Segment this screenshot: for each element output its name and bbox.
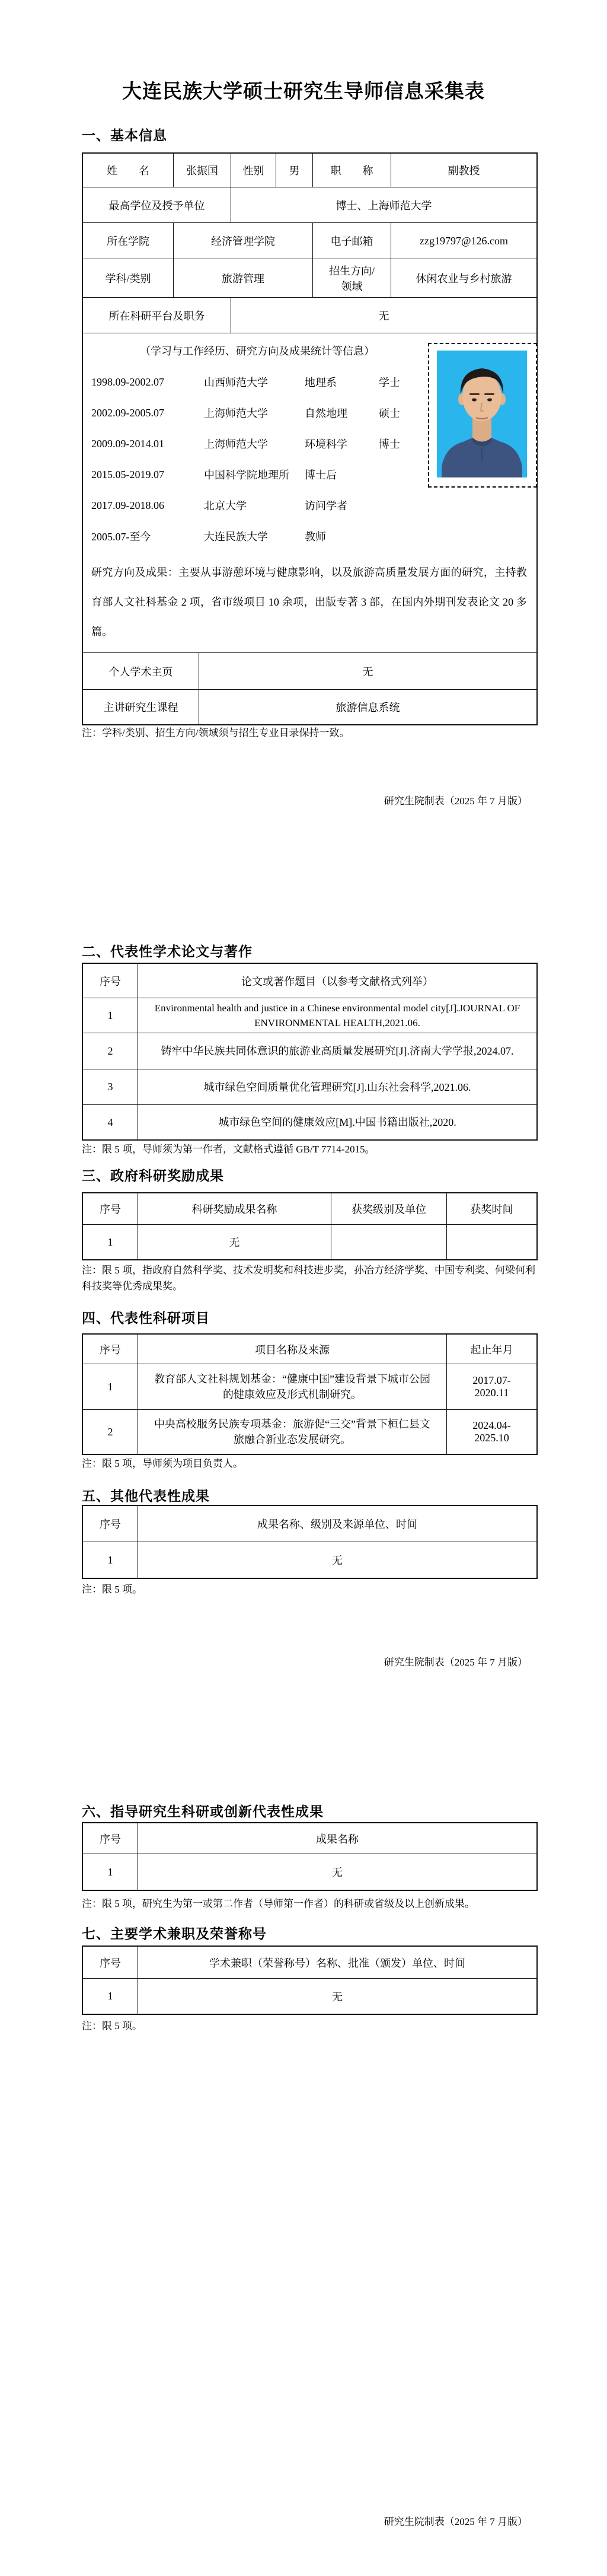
column-header-index: 序号 <box>83 1335 138 1364</box>
publication-title: 城市绿色空间的健康效应[M].中国书籍出版社,2020. <box>138 1105 536 1139</box>
row-index: 1 <box>83 1225 138 1259</box>
row-index: 1 <box>83 1979 138 2014</box>
resume-org: 中国科学院地理所 <box>204 467 305 482</box>
resume-field: 环境科学 <box>305 436 379 451</box>
column-header-index: 序号 <box>83 1823 138 1854</box>
table-row: 4 城市绿色空间的健康效应[M].中国书籍出版社,2020. <box>83 1104 536 1139</box>
resume-org: 大连民族大学 <box>204 528 305 544</box>
table-row: 个人学术主页 无 <box>83 652 536 689</box>
field-value-name: 张振国 <box>173 154 231 187</box>
column-header-name: 成果名称 <box>138 1823 536 1854</box>
column-header-index: 序号 <box>83 1947 138 1978</box>
field-value-course: 旅游信息系统 <box>199 690 536 724</box>
column-header-index: 序号 <box>83 964 138 998</box>
field-value-discipline: 旅游管理 <box>173 259 312 297</box>
row-index: 3 <box>83 1069 138 1104</box>
table-row: 姓 名 张振国 性别 男 职 称 副教授 <box>83 154 536 187</box>
field-label: 所在学院 <box>83 223 173 259</box>
table-row: 1 无 <box>83 1854 536 1890</box>
photo-frame <box>428 343 537 488</box>
field-value-homepage: 无 <box>199 653 536 689</box>
section-heading-basic-info: 一、基本信息 <box>82 125 535 144</box>
section-heading-awards: 三、政府科研奖励成果 <box>82 1165 535 1184</box>
table-row: 所在科研平台及职务 无 <box>83 297 536 333</box>
field-value-gender: 男 <box>276 154 312 187</box>
award-name: 无 <box>138 1225 331 1259</box>
row-index: 4 <box>83 1105 138 1139</box>
table-row: 2 铸牢中华民族共同体意识的旅游业高质量发展研究[J].济南大学学报,2024.… <box>83 1033 536 1069</box>
page-footer: 研究生院制表（2025 年 7 月版） <box>82 2513 528 2528</box>
field-label: 招生方向/ 领域 <box>312 259 391 297</box>
project-period: 2017.07- 2020.11 <box>446 1364 536 1409</box>
award-level <box>331 1225 446 1259</box>
publication-title: 铸牢中华民族共同体意识的旅游业高质量发展研究[J].济南大学学报,2024.07… <box>138 1033 536 1069</box>
note-projects: 注：限 5 项，导师须为项目负责人。 <box>82 1456 539 1472</box>
field-value-email: zzg19797@126.com <box>391 223 536 259</box>
field-label: 学科/类别 <box>83 259 173 297</box>
resume-org: 上海师范大学 <box>204 405 305 421</box>
publications-table: 序号 论文或著作题目（以参考文献格式列举） 1 Environmental he… <box>82 963 538 1141</box>
column-header-name: 项目名称及来源 <box>138 1335 446 1364</box>
page-footer: 研究生院制表（2025 年 7 月版） <box>82 1654 528 1668</box>
section-heading-projects: 四、代表性科研项目 <box>82 1307 535 1327</box>
table-row: 所在学院 经济管理学院 电子邮箱 zzg19797@126.com <box>83 222 536 259</box>
column-header-title: 论文或著作题目（以参考文献格式列举） <box>138 964 536 998</box>
column-header-name: 成果名称、级别及来源单位、时间 <box>138 1506 536 1542</box>
awards-table: 序号 科研奖励成果名称 获奖级别及单位 获奖时间 1 无 <box>82 1192 538 1260</box>
resume-period: 1998.09-2002.07 <box>91 376 204 389</box>
field-label: 姓 名 <box>83 154 173 187</box>
portrait-illustration <box>437 351 527 477</box>
note-student-achievements: 注：限 5 项，研究生为第一或第二作者（导师第一作者）的科研或省级及以上创新成果… <box>82 1896 539 1912</box>
document-page: 大连民族大学硕士研究生导师信息采集表 一、基本信息 姓 名 张振国 性别 男 职… <box>0 0 607 2576</box>
projects-table: 序号 项目名称及来源 起止年月 1 教育部人文社科规划基金：“健康中国”建设背景… <box>82 1333 538 1455</box>
field-label: 最高学位及授予单位 <box>83 187 231 222</box>
table-row: 3 城市绿色空间质量优化管理研究[J].山东社会科学,2021.06. <box>83 1069 536 1104</box>
field-value-degree: 博士、上海师范大学 <box>231 187 536 222</box>
table-row: 主讲研究生课程 旅游信息系统 <box>83 689 536 724</box>
table-header-row: 序号 论文或著作题目（以参考文献格式列举） <box>83 964 536 998</box>
row-index: 1 <box>83 998 138 1033</box>
resume-entry: 2005.07-至今 大连民族大学 教师 <box>83 521 536 552</box>
publication-title: 城市绿色空间质量优化管理研究[J].山东社会科学,2021.06. <box>138 1069 536 1104</box>
honors-table: 序号 学术兼职（荣誉称号）名称、批准（颁发）单位、时间 1 无 <box>82 1945 538 2015</box>
award-time <box>446 1225 536 1259</box>
document-title: 大连民族大学硕士研究生导师信息采集表 <box>77 76 530 104</box>
resume-period: 2009.09-2014.01 <box>91 438 204 450</box>
table-row: 学科/类别 旅游管理 招生方向/ 领域 休闲农业与乡村旅游 <box>83 259 536 297</box>
table-row: 1 无 <box>83 1224 536 1259</box>
honor-name: 无 <box>138 1979 536 2014</box>
field-label: 主讲研究生课程 <box>83 690 199 724</box>
field-label: 所在科研平台及职务 <box>83 298 231 333</box>
field-value-direction: 休闲农业与乡村旅游 <box>391 259 536 297</box>
student-achievements-table: 序号 成果名称 1 无 <box>82 1822 538 1891</box>
section-heading-publications: 二、代表性学术论文与著作 <box>82 941 535 960</box>
field-value-title: 副教授 <box>391 154 536 187</box>
resume-field: 自然地理 <box>305 405 379 421</box>
resume-period: 2005.07-至今 <box>91 528 204 544</box>
table-row: 最高学位及授予单位 博士、上海师范大学 <box>83 187 536 222</box>
section-heading-other-achievements: 五、其他代表性成果 <box>82 1485 535 1505</box>
basic-info-table: 姓 名 张振国 性别 男 职 称 副教授 最高学位及授予单位 博士、上海师范大学… <box>82 152 538 725</box>
section-heading-student-achievements: 六、指导研究生科研或创新代表性成果 <box>82 1801 535 1820</box>
field-value-college: 经济管理学院 <box>173 223 312 259</box>
note-publications: 注：限 5 项，导师须为第一作者，文献格式遵循 GB/T 7714-2015。 <box>82 1141 539 1157</box>
table-row: 1 教育部人文社科规划基金：“健康中国”建设背景下城市公园的健康效应及形式机制研… <box>83 1364 536 1409</box>
project-period: 2024.04- 2025.10 <box>446 1410 536 1454</box>
project-name: 教育部人文社科规划基金：“健康中国”建设背景下城市公园的健康效应及形式机制研究。 <box>138 1364 446 1409</box>
field-label: 电子邮箱 <box>312 223 391 259</box>
field-label: 性别 <box>231 154 276 187</box>
table-header-row: 序号 学术兼职（荣誉称号）名称、批准（颁发）单位、时间 <box>83 1947 536 1978</box>
resume-field: 访问学者 <box>305 498 379 513</box>
publication-title: Environmental health and justice in a Ch… <box>138 998 536 1033</box>
other-achievements-table: 序号 成果名称、级别及来源单位、时间 1 无 <box>82 1505 538 1579</box>
resume-period: 2002.09-2005.07 <box>91 407 204 419</box>
row-index: 1 <box>83 1854 138 1890</box>
table-row: 1 无 <box>83 1978 536 2014</box>
resume-period: 2015.05-2019.07 <box>91 469 204 481</box>
field-label: 个人学术主页 <box>83 653 199 689</box>
note-basic-info: 注：学科/类别、招生方向/领域须与招生专业目录保持一致。 <box>82 725 539 741</box>
resume-org: 上海师范大学 <box>204 436 305 451</box>
column-header-index: 序号 <box>83 1193 138 1224</box>
resume-period: 2017.09-2018.06 <box>91 499 204 512</box>
table-header-row: 序号 项目名称及来源 起止年月 <box>83 1335 536 1364</box>
note-other-achievements: 注：限 5 项。 <box>82 1581 539 1597</box>
row-index: 1 <box>83 1542 138 1578</box>
resume-org: 北京大学 <box>204 498 305 513</box>
field-value-platform: 无 <box>231 298 536 333</box>
research-summary: 研究方向及成果：主要从事游憩环境与健康影响，以及旅游高质量发展方面的研究，主持教… <box>91 558 527 647</box>
resume-field: 地理系 <box>305 374 379 390</box>
column-header-period: 起止年月 <box>446 1335 536 1364</box>
column-header-time: 获奖时间 <box>446 1193 536 1224</box>
row-index: 2 <box>83 1410 138 1454</box>
portrait-photo <box>437 351 527 477</box>
resume-field: 博士后 <box>305 467 379 482</box>
table-row: 2 中央高校服务民族专项基金：旅游促“三交”背景下桓仁县文旅融合新业态发展研究。… <box>83 1409 536 1454</box>
table-row: 1 Environmental health and justice in a … <box>83 998 536 1033</box>
column-header-name: 科研奖励成果名称 <box>138 1193 331 1224</box>
achievement-name: 无 <box>138 1542 536 1578</box>
achievement-name: 无 <box>138 1854 536 1890</box>
table-header-row: 序号 科研奖励成果名称 获奖级别及单位 获奖时间 <box>83 1193 536 1224</box>
row-index: 2 <box>83 1033 138 1069</box>
resume-entry: 2017.09-2018.06 北京大学 访问学者 <box>83 490 536 521</box>
column-header-name: 学术兼职（荣誉称号）名称、批准（颁发）单位、时间 <box>138 1947 536 1978</box>
table-row: 1 无 <box>83 1542 536 1578</box>
biography-cell: （学习与工作经历、研究方向及成果统计等信息） 1998.09-2002.07 山… <box>83 333 536 652</box>
column-header-index: 序号 <box>83 1506 138 1542</box>
page-footer: 研究生院制表（2025 年 7 月版） <box>82 792 528 807</box>
resume-org: 山西师范大学 <box>204 374 305 390</box>
table-header-row: 序号 成果名称、级别及来源单位、时间 <box>83 1506 536 1542</box>
section-heading-honors: 七、主要学术兼职及荣誉称号 <box>82 1923 535 1943</box>
note-honors: 注：限 5 项。 <box>82 2018 539 2034</box>
column-header-level: 获奖级别及单位 <box>331 1193 446 1224</box>
resume-field: 教师 <box>305 528 379 544</box>
project-name: 中央高校服务民族专项基金：旅游促“三交”背景下桓仁县文旅融合新业态发展研究。 <box>138 1410 446 1454</box>
row-index: 1 <box>83 1364 138 1409</box>
table-header-row: 序号 成果名称 <box>83 1823 536 1854</box>
field-label: 职 称 <box>312 154 391 187</box>
note-awards: 注：限 5 项，指政府自然科学奖、技术发明奖和科技进步奖，孙冶方经济学奖、中国专… <box>82 1262 539 1294</box>
